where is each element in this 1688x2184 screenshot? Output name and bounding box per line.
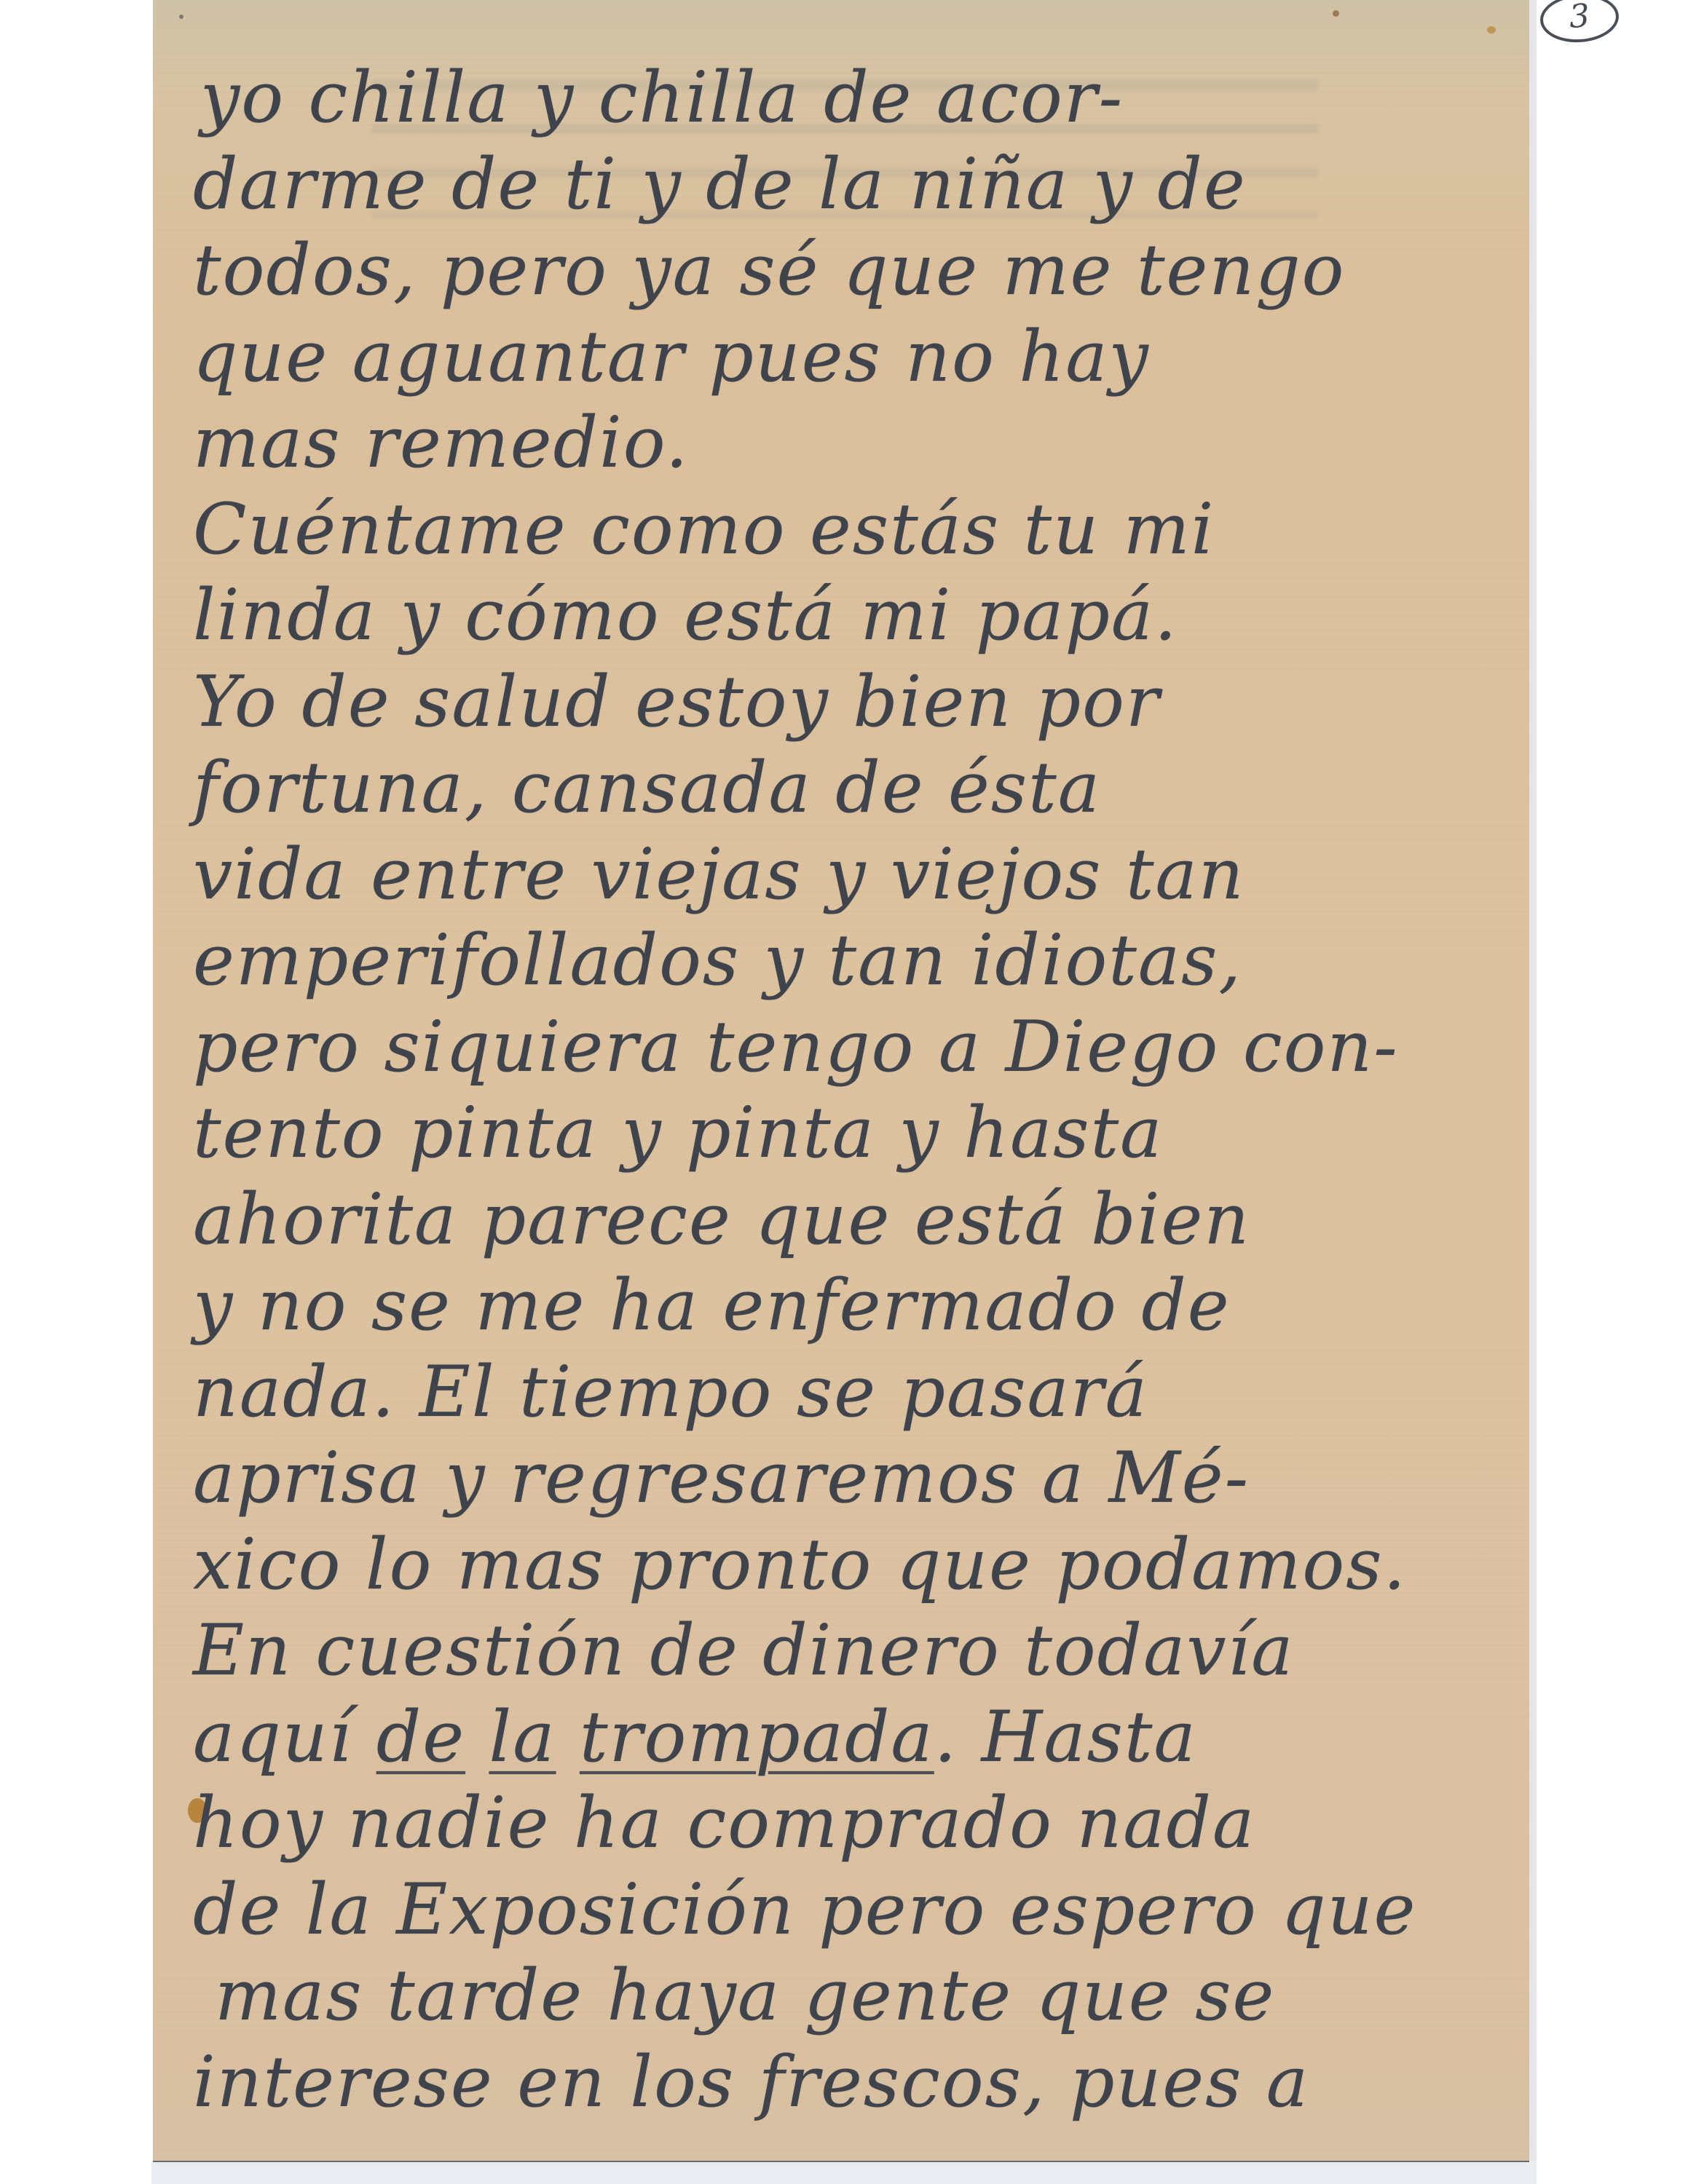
underlined-word: de (376, 1696, 465, 1778)
foxing-spot (1333, 10, 1339, 17)
letter-line: interese en los frescos, pues a (193, 2039, 1504, 2126)
letter-line: vida entre viejas y viejos tan (193, 831, 1504, 918)
letter-line-underlined: aquí de la trompada. Hasta (193, 1694, 1504, 1781)
letter-line: y no se me ha enfermado de (193, 1262, 1504, 1349)
text-segment: aquí (193, 1696, 376, 1778)
foxing-spot (1487, 26, 1496, 33)
letter-line: mas remedio. (193, 400, 1504, 486)
letter-line: yo chilla y chilla de acor- (193, 55, 1504, 141)
page-number-circled: 3 (1539, 0, 1620, 45)
letter-body: yo chilla y chilla de acor- darme de ti … (193, 55, 1504, 2125)
letter-line: hoy nadie ha comprado nada (193, 1780, 1504, 1867)
letter-line: linda y cómo está mi papá. (193, 572, 1504, 659)
letter-line: tento pinta y pinta y hasta (193, 1090, 1504, 1176)
text-segment (556, 1696, 580, 1778)
letter-line: xico lo mas pronto que podamos. (193, 1522, 1504, 1608)
letter-line: todos, pero ya sé que me tengo (193, 227, 1504, 314)
letter-line: aprisa y regresaremos a Mé- (193, 1435, 1504, 1522)
letter-line: mas tarde haya gente que se (193, 1952, 1504, 2039)
text-segment (465, 1696, 489, 1778)
letter-line: que aguantar pues no hay (193, 314, 1504, 400)
letter-line: ahorita parece que está bien (193, 1176, 1504, 1263)
letter-line: darme de ti y de la niña y de (193, 141, 1504, 228)
letter-line: Cuéntame como estás tu mi (193, 486, 1504, 573)
text-segment: . Hasta (934, 1696, 1197, 1778)
letter-line: Yo de salud estoy bien por (193, 659, 1504, 745)
letter-line: emperifollados y tan idiotas, (193, 917, 1504, 1004)
letter-line: fortuna, cansada de ésta (193, 745, 1504, 831)
letter-line: de la Exposición pero espero que (193, 1867, 1504, 1953)
foxing-spot (179, 15, 184, 19)
letter-line: pero siquiera tengo a Diego con- (193, 1004, 1504, 1091)
letter-line: En cuestión de dinero todavía (193, 1607, 1504, 1694)
underlined-word: trompada (580, 1696, 934, 1778)
scanner-bed-edge-right (1529, 0, 1537, 2184)
letter-line: nada. El tiempo se pasará (193, 1349, 1504, 1436)
scanner-bed-edge-bottom (151, 2161, 1537, 2184)
underlined-word: la (489, 1696, 556, 1778)
